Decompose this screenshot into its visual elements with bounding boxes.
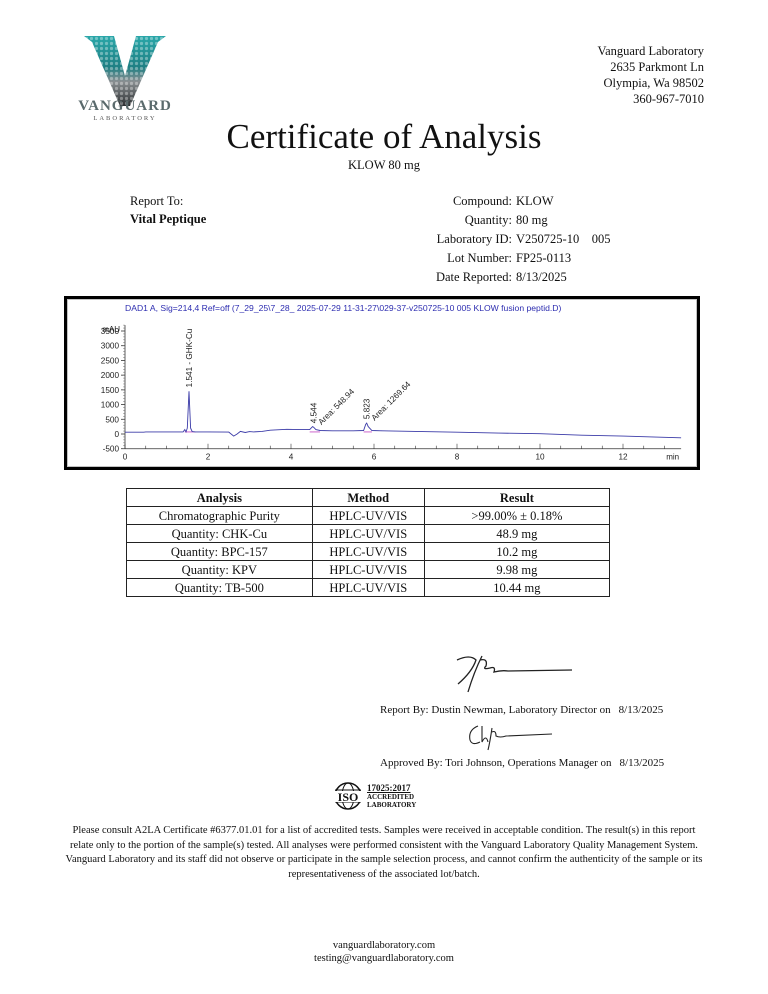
svg-text:12: 12 bbox=[618, 453, 628, 462]
address-line: 2635 Parkmont Ln bbox=[597, 59, 704, 75]
table-cell: Quantity: KPV bbox=[127, 561, 313, 579]
svg-text:1500: 1500 bbox=[101, 386, 120, 395]
table-cell: Quantity: BPC-157 bbox=[127, 543, 313, 561]
iso-standard: 17025:2017 bbox=[367, 783, 411, 793]
lab-address: Vanguard Laboratory 2635 Parkmont Ln Oly… bbox=[597, 43, 704, 107]
table-cell: HPLC-UV/VIS bbox=[312, 579, 424, 597]
svg-text:2000: 2000 bbox=[101, 371, 120, 380]
logo-brand-text: VANGUARD bbox=[70, 98, 180, 115]
svg-text:10: 10 bbox=[535, 453, 545, 462]
signature-dustin-newman bbox=[452, 652, 577, 697]
detail-value: 8/13/2025 bbox=[516, 268, 567, 287]
table-cell: Chromatographic Purity bbox=[127, 507, 313, 525]
footer-email[interactable]: testing@vanguardlaboratory.com bbox=[0, 952, 768, 965]
svg-text:8: 8 bbox=[455, 453, 460, 462]
iso-line2: ACCREDITED bbox=[367, 793, 414, 801]
table-cell: 10.44 mg bbox=[424, 579, 609, 597]
table-cell: HPLC-UV/VIS bbox=[312, 507, 424, 525]
detail-value: V250725-10 005 bbox=[516, 230, 610, 249]
table-row: Chromatographic Purity HPLC-UV/VIS >99.0… bbox=[127, 507, 610, 525]
client-name: Vital Peptique bbox=[130, 210, 206, 228]
iso-accreditation-badge: ISO 17025:2017 ACCREDITED LABORATORY bbox=[330, 781, 440, 811]
svg-text:DAD1 A, Sig=214,4 Ref=off (7_2: DAD1 A, Sig=214,4 Ref=off (7_29_25\7_28_… bbox=[125, 303, 561, 313]
detail-row-lot: Lot Number:FP25-0113 bbox=[380, 249, 610, 268]
detail-label: Quantity: bbox=[380, 211, 516, 230]
approved-by-date: 8/13/2025 bbox=[620, 757, 665, 769]
results-table: Analysis Method Result Chromatographic P… bbox=[126, 488, 610, 597]
table-cell: HPLC-UV/VIS bbox=[312, 561, 424, 579]
report-by-date: 8/13/2025 bbox=[619, 704, 664, 716]
table-cell: HPLC-UV/VIS bbox=[312, 525, 424, 543]
svg-text:1000: 1000 bbox=[101, 401, 120, 410]
svg-text:3000: 3000 bbox=[101, 342, 120, 351]
chromatogram-chart: DAD1 A, Sig=214,4 Ref=off (7_29_25\7_28_… bbox=[64, 296, 700, 470]
table-cell: 48.9 mg bbox=[424, 525, 609, 543]
footer: vanguardlaboratory.com testing@vanguardl… bbox=[0, 939, 768, 965]
detail-label: Date Reported: bbox=[380, 268, 516, 287]
svg-text:3500: 3500 bbox=[101, 327, 120, 336]
svg-text:1.541 - GHK-Cu: 1.541 - GHK-Cu bbox=[185, 328, 194, 387]
svg-text:2: 2 bbox=[206, 453, 211, 462]
footer-website[interactable]: vanguardlaboratory.com bbox=[0, 939, 768, 952]
table-cell: Quantity: CHK-Cu bbox=[127, 525, 313, 543]
detail-row-compound: Compound:KLOW bbox=[380, 192, 610, 211]
column-header: Analysis bbox=[127, 489, 313, 507]
sample-details: Compound:KLOW Quantity:80 mg Laboratory … bbox=[380, 192, 610, 287]
table-header-row: Analysis Method Result bbox=[127, 489, 610, 507]
table-row: Quantity: TB-500 HPLC-UV/VIS 10.44 mg bbox=[127, 579, 610, 597]
address-line: 360-967-7010 bbox=[597, 91, 704, 107]
table-cell: >99.00% ± 0.18% bbox=[424, 507, 609, 525]
detail-label: Compound: bbox=[380, 192, 516, 211]
report-to: Report To: Vital Peptique bbox=[130, 192, 206, 228]
table-row: Quantity: BPC-157 HPLC-UV/VIS 10.2 mg bbox=[127, 543, 610, 561]
iso-line3: LABORATORY bbox=[367, 801, 416, 809]
table-row: Quantity: KPV HPLC-UV/VIS 9.98 mg bbox=[127, 561, 610, 579]
detail-row-date: Date Reported:8/13/2025 bbox=[380, 268, 610, 287]
detail-value: 80 mg bbox=[516, 211, 548, 230]
svg-text:0: 0 bbox=[123, 453, 128, 462]
svg-text:500: 500 bbox=[105, 415, 119, 424]
table-cell: Quantity: TB-500 bbox=[127, 579, 313, 597]
detail-row-quantity: Quantity:80 mg bbox=[380, 211, 610, 230]
address-line: Vanguard Laboratory bbox=[597, 43, 704, 59]
page-subtitle: KLOW 80 mg bbox=[0, 158, 768, 173]
svg-text:2500: 2500 bbox=[101, 356, 120, 365]
svg-text:-500: -500 bbox=[103, 445, 120, 454]
column-header: Method bbox=[312, 489, 424, 507]
table-row: Quantity: CHK-Cu HPLC-UV/VIS 48.9 mg bbox=[127, 525, 610, 543]
svg-text:Area: 1269.64: Area: 1269.64 bbox=[370, 379, 413, 422]
table-cell: HPLC-UV/VIS bbox=[312, 543, 424, 561]
svg-text:4: 4 bbox=[289, 453, 294, 462]
detail-value: FP25-0113 bbox=[516, 249, 571, 268]
vanguard-logo: VANGUARD LABORATORY bbox=[70, 36, 180, 126]
approved-by-text: Approved By: Tori Johnson, Operations Ma… bbox=[380, 757, 612, 769]
approved-by-line: Approved By: Tori Johnson, Operations Ma… bbox=[380, 757, 664, 769]
page-title: Certificate of Analysis bbox=[0, 117, 768, 157]
address-line: Olympia, Wa 98502 bbox=[597, 75, 704, 91]
svg-text:6: 6 bbox=[372, 453, 377, 462]
report-by-line: Report By: Dustin Newman, Laboratory Dir… bbox=[380, 704, 663, 716]
iso-globe-icon: ISO bbox=[330, 781, 366, 811]
detail-value: KLOW bbox=[516, 192, 554, 211]
table-cell: 10.2 mg bbox=[424, 543, 609, 561]
disclaimer-text: Please consult A2LA Certificate #6377.01… bbox=[64, 824, 704, 882]
svg-text:0: 0 bbox=[114, 430, 119, 439]
svg-text:Area: 548.94: Area: 548.94 bbox=[317, 387, 357, 427]
table-cell: 9.98 mg bbox=[424, 561, 609, 579]
svg-text:min: min bbox=[666, 453, 679, 462]
detail-label: Lot Number: bbox=[380, 249, 516, 268]
svg-text:ISO: ISO bbox=[338, 790, 359, 804]
v-logo-icon bbox=[84, 36, 166, 106]
signature-tori-johnson bbox=[466, 722, 556, 752]
report-to-label: Report To: bbox=[130, 192, 206, 210]
chromatogram-plot: DAD1 A, Sig=214,4 Ref=off (7_29_25\7_28_… bbox=[67, 299, 697, 467]
report-by-text: Report By: Dustin Newman, Laboratory Dir… bbox=[380, 704, 611, 716]
detail-row-lab-id: Laboratory ID:V250725-10 005 bbox=[380, 230, 610, 249]
detail-label: Laboratory ID: bbox=[380, 230, 516, 249]
column-header: Result bbox=[424, 489, 609, 507]
